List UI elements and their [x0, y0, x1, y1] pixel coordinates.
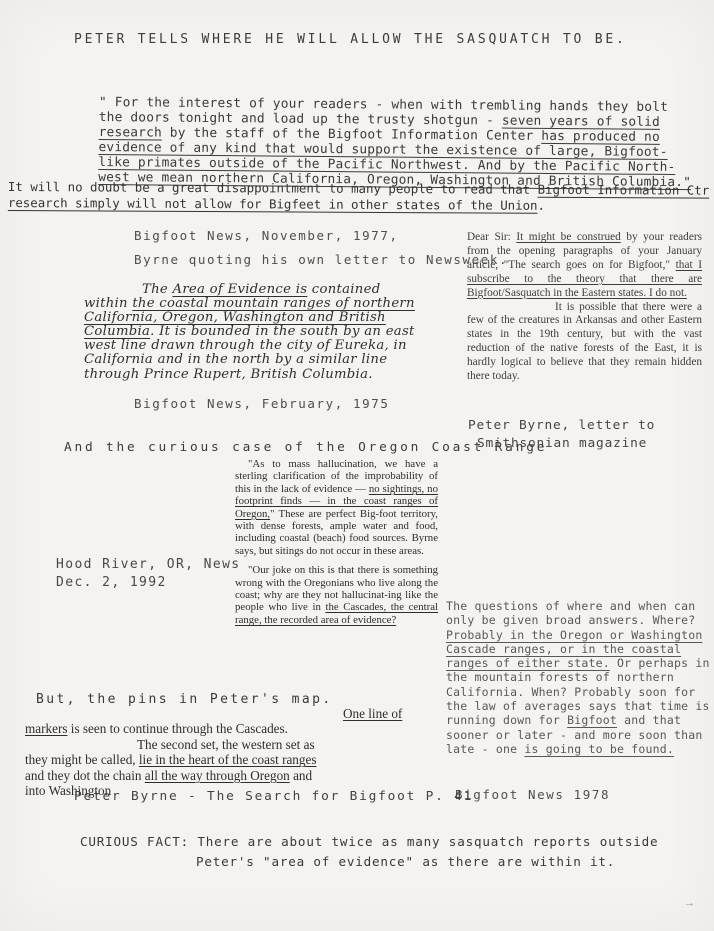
heading-pins-in-map: But, the pins in Peter's map. [36, 692, 333, 707]
attribution-line: Hood River, OR, News [56, 556, 241, 574]
clipping-hood-river-news: "As to mass hallucination, we have a ste… [235, 458, 438, 626]
excerpt-search-for-bigfoot: One line ofmarkers is seen to continue t… [25, 706, 439, 798]
curious-fact-note: CURIOUS FACT: There are about twice as m… [80, 832, 658, 871]
attribution-bigfoot-news-1978: Bigfoot News 1978 [455, 787, 610, 802]
pencil-mark: → [684, 897, 695, 909]
clipping-paragraph: "Our joke on this is that there is somet… [235, 564, 438, 626]
attribution-line: Bigfoot News, November, 1977, [134, 224, 508, 248]
quote-newsweek-letter: " For the interest of your readers - whe… [98, 95, 692, 191]
quote-bigfoot-news-1978: The questions of where and when can only… [446, 599, 714, 756]
heading-oregon-coast-range: And the curious case of the Oregon Coast… [64, 440, 547, 455]
letter-smithsonian-excerpt: Dear Sir: It might be construed by your … [467, 231, 702, 384]
document-title: PETER TELLS WHERE HE WILL ALLOW THE SASQ… [74, 32, 627, 47]
quote-newsweek-letter-continued: It will no doubt be a great disappointme… [8, 179, 709, 214]
document-page: PETER TELLS WHERE HE WILL ALLOW THE SASQ… [0, 0, 714, 931]
attribution-hood-river-news: Hood River, OR, News Dec. 2, 1992 [56, 556, 241, 592]
clipping-paragraph: "As to mass hallucination, we have a ste… [235, 458, 438, 557]
letter-paragraph: Dear Sir: It might be construed by your … [467, 231, 702, 301]
quote-area-of-evidence: The Area of Evidence is containedwithin … [84, 283, 415, 382]
curious-fact-line: Peter's "area of evidence" as there are … [196, 852, 658, 872]
letter-paragraph: It is possible that there were a few of … [467, 301, 702, 384]
curious-fact-line: CURIOUS FACT: There are about twice as m… [80, 832, 658, 852]
attribution-search-for-bigfoot: Peter Byrne - The Search for Bigfoot P. … [74, 789, 473, 804]
attribution-bigfoot-news-1977: Bigfoot News, November, 1977, Byrne quot… [134, 224, 508, 272]
attribution-line: Peter Byrne, letter to [468, 417, 655, 435]
attribution-line: Dec. 2, 1992 [56, 574, 241, 592]
attribution-bigfoot-news-1975: Bigfoot News, February, 1975 [134, 396, 390, 411]
attribution-line: Byrne quoting his own letter to Newsweek… [134, 248, 508, 272]
